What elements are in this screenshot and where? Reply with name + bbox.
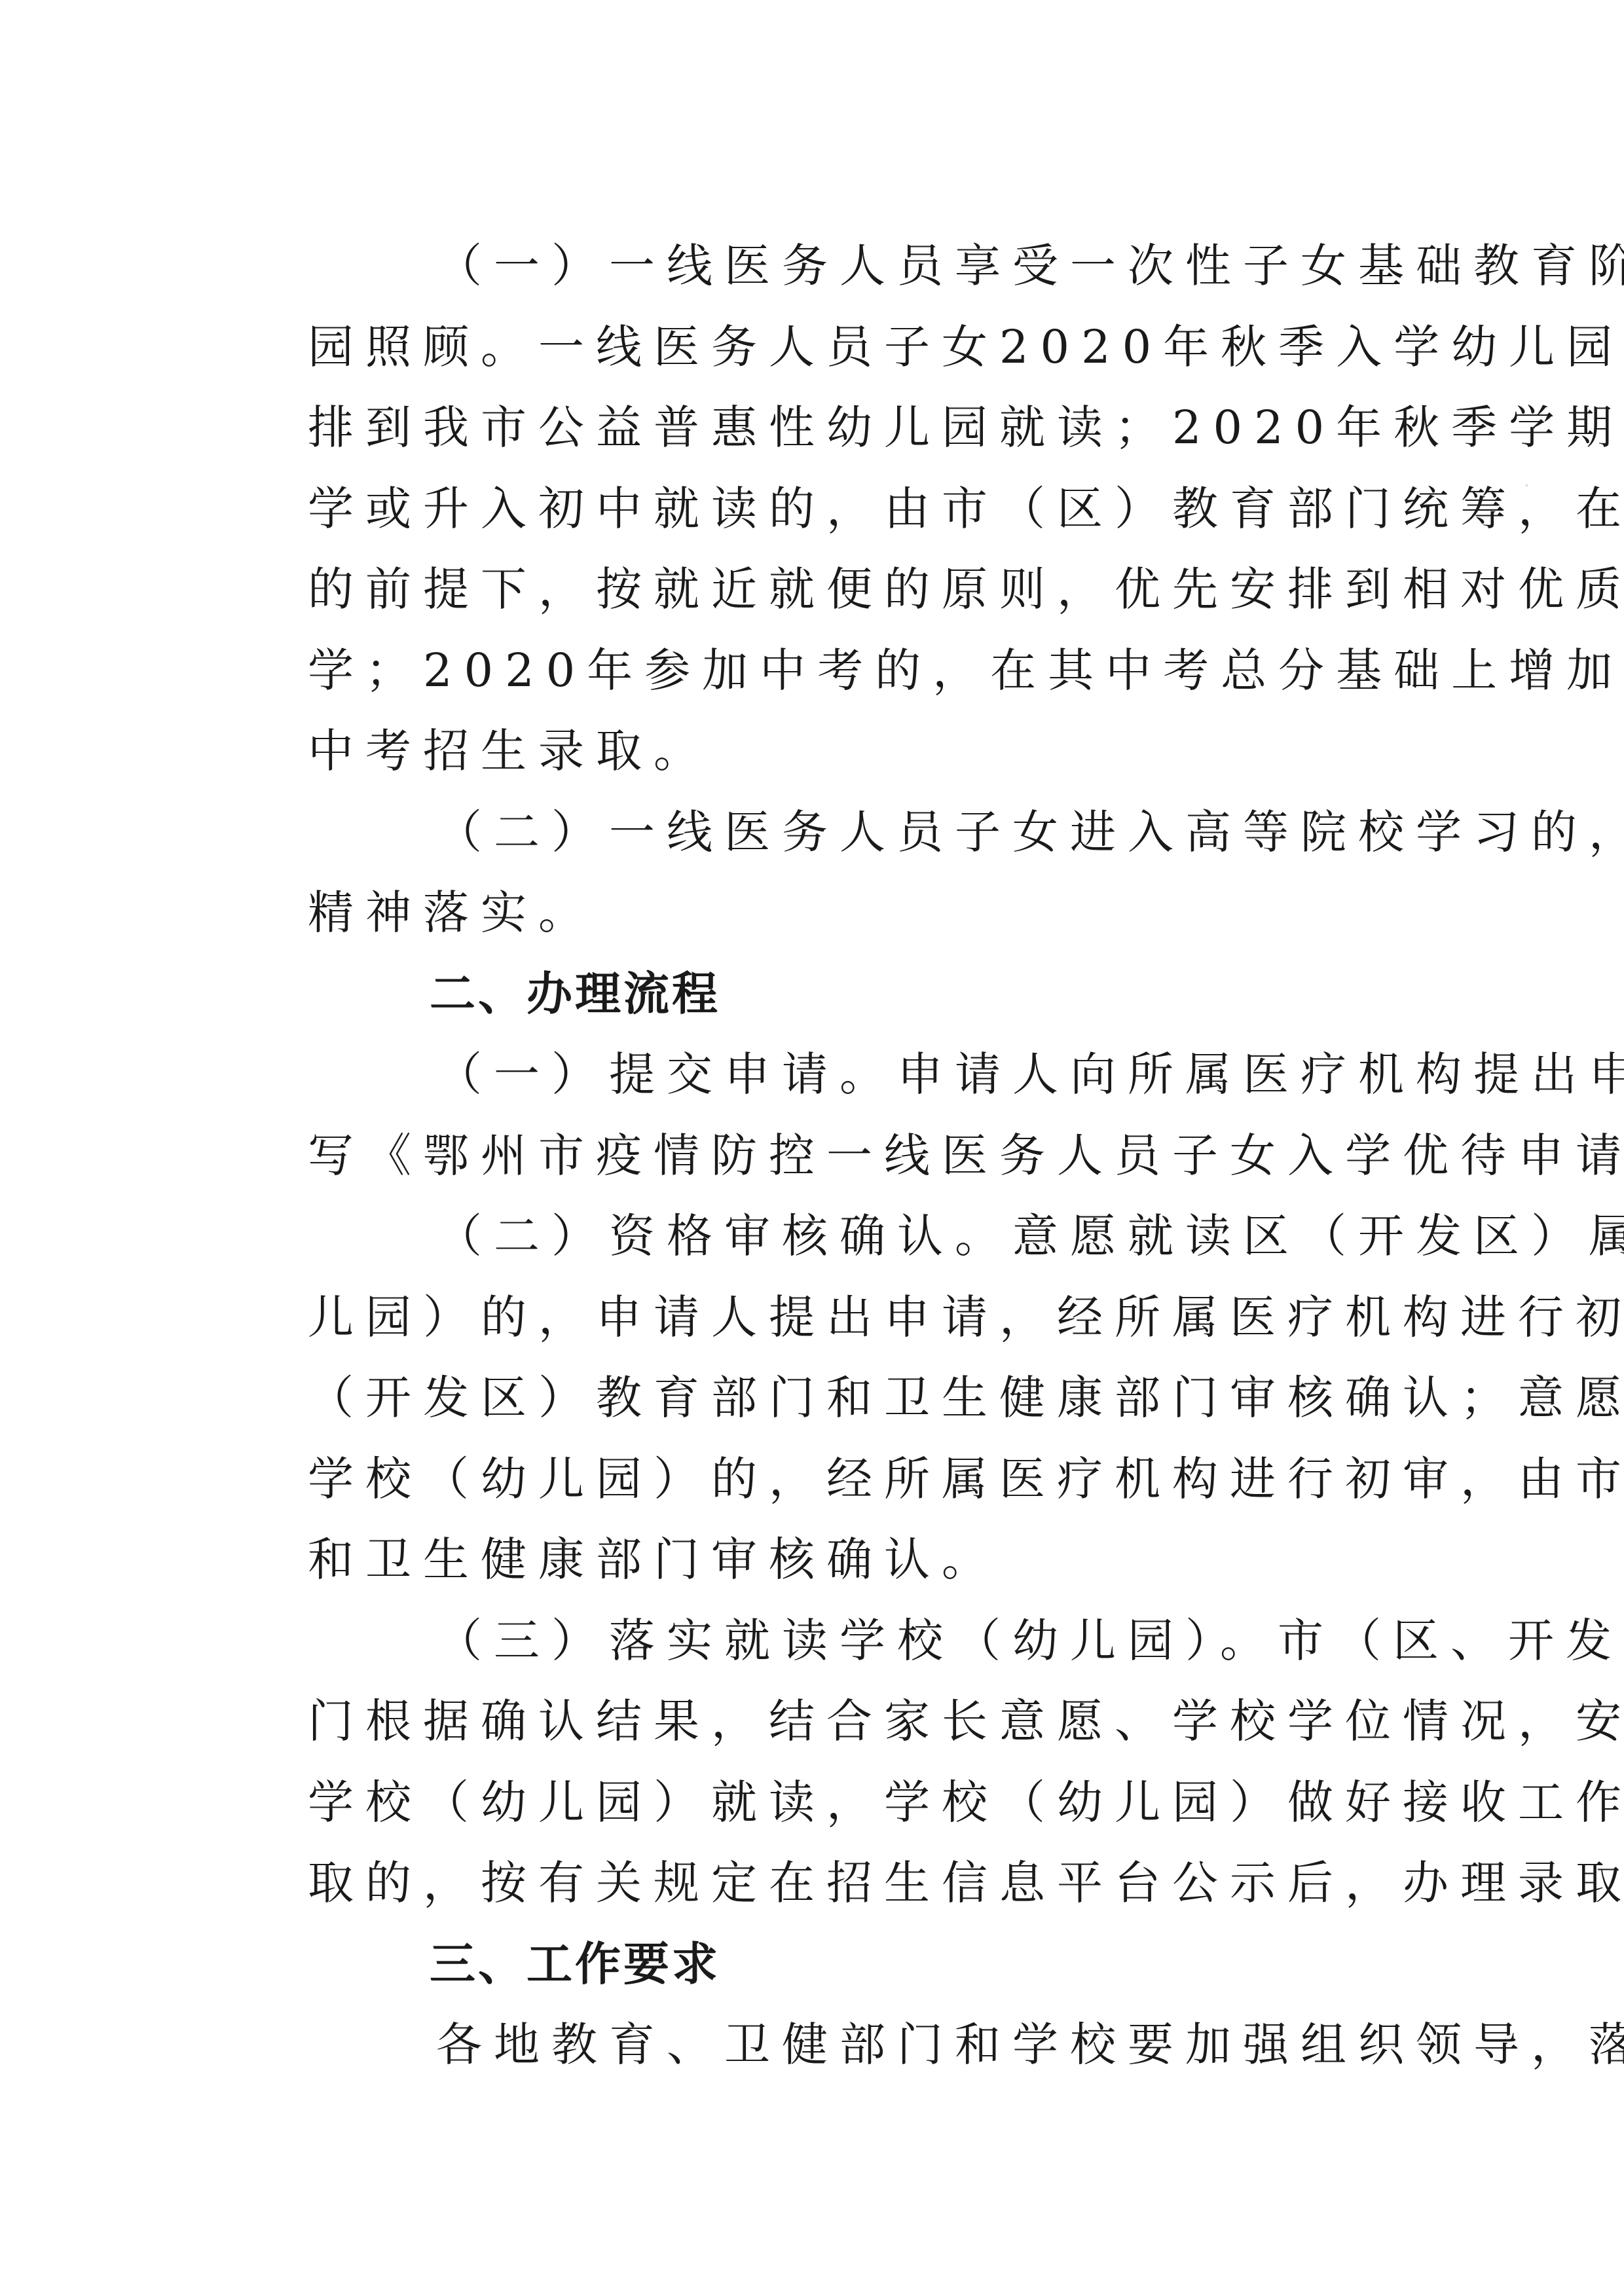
text-line: 儿园）的，申请人提出申请，经所属医疗机构进行初审，由区: [308, 1277, 1408, 1358]
text-line: （开发区）教育部门和卫生健康部门审核确认；意愿就读市直: [308, 1358, 1408, 1439]
text-line: 园照顾。一线医务人员子女2020年秋季入学幼儿园的，优先安: [308, 307, 1408, 388]
text-line: （二）资格审核确认。意愿就读区（开发区）属学校（幼: [308, 1196, 1408, 1277]
paragraph-qualification-review: （二）资格审核确认。意愿就读区（开发区）属学校（幼 儿园）的，申请人提出申请，经…: [308, 1196, 1408, 1601]
text-line: （三）落实就读学校（幼儿园）。市（区、开发区）教育部: [308, 1601, 1408, 1682]
text-line: （二）一线医务人员子女进入高等院校学习的，按省文件: [308, 792, 1408, 873]
text-line: 取的，按有关规定在招生信息平台公示后，办理录取手续。: [308, 1843, 1408, 1924]
paragraph-higher-education: （二）一线医务人员子女进入高等院校学习的，按省文件 精神落实。: [308, 792, 1408, 954]
text-line: 和卫生健康部门审核确认。: [308, 1520, 1408, 1601]
text-line: （一）提交申请。申请人向所属医疗机构提出申请，并填: [308, 1034, 1408, 1116]
text-line: 门根据确认结果，结合家长意愿、学校学位情况，安排到相应: [308, 1681, 1408, 1762]
section-heading-procedure: 二、办理流程: [308, 954, 1408, 1035]
text-line: 各地教育、卫健部门和学校要加强组织领导，落实专班专: [308, 2005, 1408, 2086]
paragraph-school-placement: （三）落实就读学校（幼儿园）。市（区、开发区）教育部 门根据确认结果，结合家长意…: [308, 1601, 1408, 1924]
text-line: 排到我市公益普惠性幼儿园就读；2020年秋季学期升入我市小: [308, 388, 1408, 469]
text-line: 学校（幼儿园）的，经所属医疗机构进行初审，由市教育部门: [308, 1439, 1408, 1520]
text-line: 精神落实。: [308, 873, 1408, 954]
text-line: 写《鄂州市疫情防控一线医务人员子女入学优待申请表》。: [308, 1116, 1408, 1197]
text-line: 学；2020年参加中考的，在其中考总分基础上增加10分后参加: [308, 630, 1408, 712]
text-line: （一）一线医务人员享受一次性子女基础教育阶段入学入: [308, 226, 1408, 307]
text-line: 中考招生录取。: [308, 711, 1408, 792]
section-heading-work-requirements: 三、工作要求: [308, 1924, 1408, 2005]
paragraph-submit-application: （一）提交申请。申请人向所属医疗机构提出申请，并填 写《鄂州市疫情防控一线医务人…: [308, 1034, 1408, 1196]
text-line: 的前提下，按就近就便的原则，优先安排到相对优质的学校入: [308, 549, 1408, 630]
paragraph-work-requirements: 各地教育、卫健部门和学校要加强组织领导，落实专班专: [308, 2005, 1408, 2086]
text-line: 学或升入初中就读的，由市（区）教育部门统筹，在学位允许: [308, 469, 1408, 550]
document-page: （一）一线医务人员享受一次性子女基础教育阶段入学入 园照顾。一线医务人员子女20…: [308, 226, 1408, 2086]
paragraph-preferential-enrollment: （一）一线医务人员享受一次性子女基础教育阶段入学入 园照顾。一线医务人员子女20…: [308, 226, 1408, 792]
text-line: 学校（幼儿园）就读，学校（幼儿园）做好接收工作。加分录: [308, 1762, 1408, 1844]
